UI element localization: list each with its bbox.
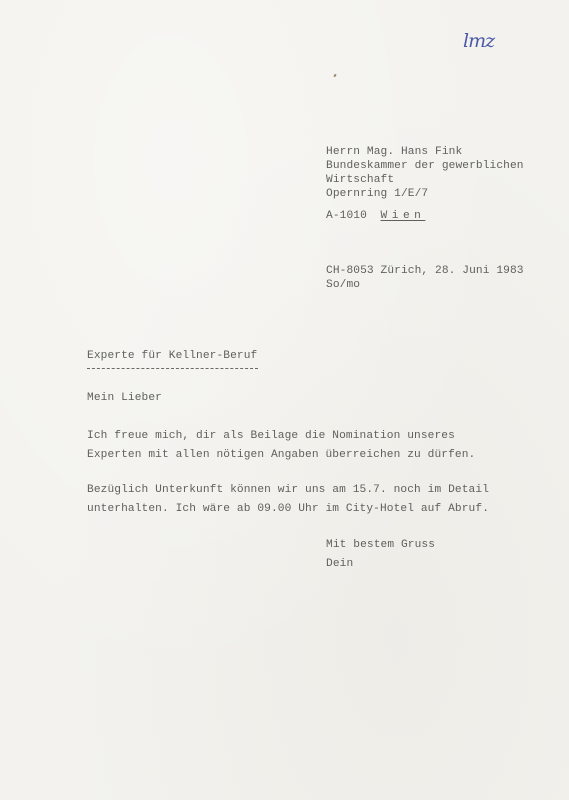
recipient-organization-cont: Wirtschaft <box>326 173 394 187</box>
body-line: unterhalten. Ich wäre ab 09.00 Uhr im Ci… <box>87 502 489 516</box>
recipient-organization: Bundeskammer der gewerblichen <box>326 159 524 173</box>
closing-signature: Dein <box>326 557 353 571</box>
subject-underline <box>87 368 258 369</box>
recipient-name: Herrn Mag. Hans Fink <box>326 145 462 159</box>
ink-speck <box>333 74 336 78</box>
reference-initials: So/mo <box>326 278 360 292</box>
handwritten-note: lmz <box>463 30 494 52</box>
recipient-city: Wien <box>381 210 426 222</box>
letter-page: lmz Herrn Mag. Hans Fink Bundeskammer de… <box>0 0 569 800</box>
salutation: Mein Lieber <box>87 391 162 405</box>
place-date: CH-8053 Zürich, 28. Juni 1983 <box>326 264 524 278</box>
body-line: Bezüglich Unterkunft können wir uns am 1… <box>87 483 489 497</box>
closing-greeting: Mit bestem Gruss <box>326 538 435 552</box>
body-line: Ich freue mich, dir als Beilage die Nomi… <box>87 429 455 443</box>
postal-code: A-1010 <box>326 210 367 222</box>
recipient-city-line: A-1010 Wien <box>326 209 425 223</box>
body-line: Experten mit allen nötigen Angaben überr… <box>87 448 475 462</box>
recipient-street: Opernring 1/E/7 <box>326 187 428 201</box>
subject-line: Experte für Kellner-Beruf <box>87 349 257 363</box>
